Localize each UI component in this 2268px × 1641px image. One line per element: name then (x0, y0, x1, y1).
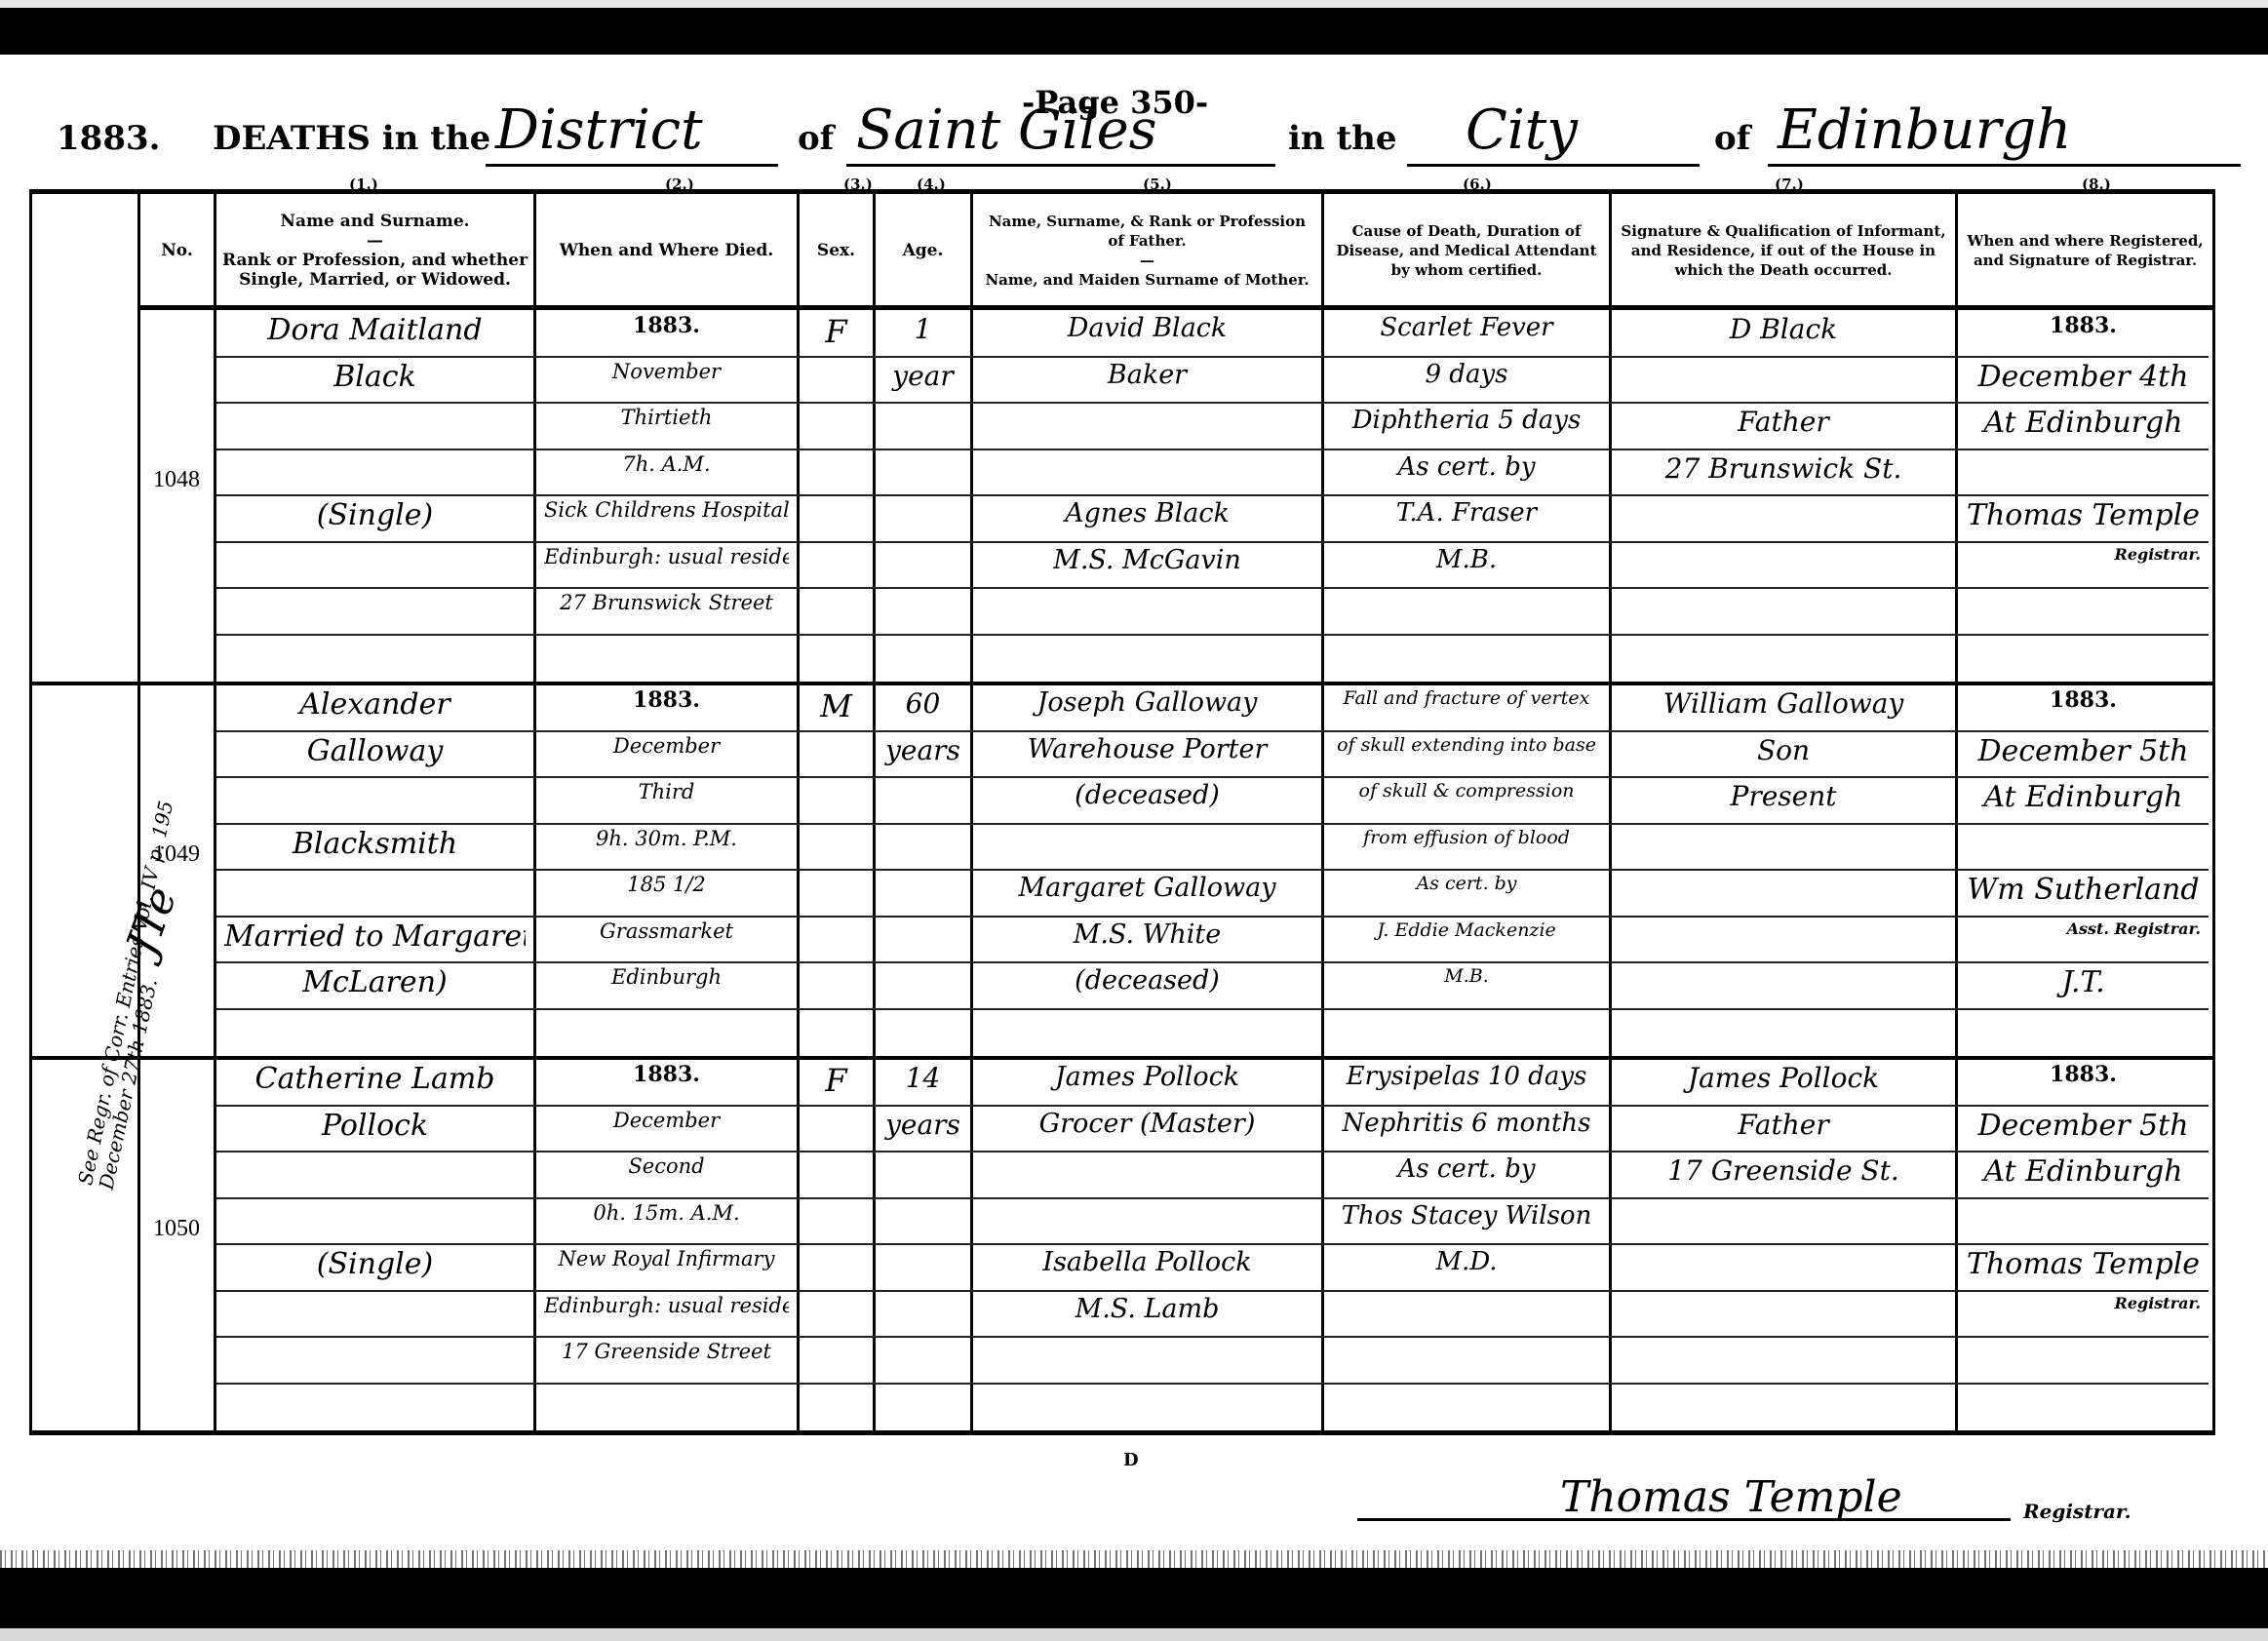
informant: Father (1620, 406, 1947, 438)
title-of-label-2: of (1714, 119, 1750, 158)
registration-details: At Edinburgh (1966, 1154, 2201, 1189)
scan-top-border (0, 8, 2268, 55)
header-name: Name and Surname.—Rank or Profession, an… (216, 194, 533, 307)
registration-details: 1883. (1966, 687, 2201, 713)
registration-details: Registrar. (1966, 545, 2201, 564)
registration-details: December 5th (1966, 734, 2201, 768)
row-rule (216, 1008, 2209, 1010)
header-registered: When and where Registered,and Signature … (1958, 194, 2212, 307)
when-where-died: Edinburgh (544, 965, 789, 989)
row-rule (216, 402, 2209, 404)
age: 14 (883, 1062, 962, 1094)
cause-of-death: As cert. by (1332, 1154, 1601, 1184)
title-deaths-label: DEATHS in the (213, 119, 490, 158)
row-rule (216, 1151, 2209, 1153)
when-where-died: Grassmarket (544, 919, 789, 943)
row-rule (216, 823, 2209, 825)
when-where-died: Second (544, 1154, 789, 1178)
registration-details: J.T. (1966, 965, 2201, 999)
row-rule (216, 730, 2209, 732)
title-in-the-label: in the (1288, 119, 1397, 158)
cause-of-death: Thos Stacey Wilson (1332, 1201, 1601, 1231)
when-where-died: 1883. (544, 1062, 789, 1087)
district-word-field: District (486, 109, 778, 167)
father-details: James Pollock (981, 1062, 1313, 1092)
row-rule (216, 1105, 2209, 1107)
row-rule (216, 494, 2209, 496)
mother-details: Margaret Galloway (981, 873, 1313, 903)
deceased-name: Catherine Lamb (224, 1062, 526, 1096)
when-where-died: November (544, 360, 789, 383)
cause-of-death: As cert. by (1332, 452, 1601, 482)
cause-of-death: M.D. (1332, 1247, 1601, 1276)
header-parents: Name, Surname, & Rank or Professionof Fa… (973, 194, 1321, 307)
row-rule (216, 1336, 2209, 1338)
deceased-name: Married to Margaret (224, 919, 526, 954)
informant: Father (1620, 1109, 1947, 1141)
when-where-died: 9h. 30m. P.M. (544, 827, 789, 850)
entry-number: 1048 (153, 467, 200, 493)
deceased-name: Black (224, 360, 526, 394)
registration-details: Asst. Registrar. (1966, 919, 2201, 938)
father-details: Warehouse Porter (981, 734, 1313, 764)
register-year: 1883. (57, 119, 160, 158)
registration-details: December 5th (1966, 1109, 2201, 1143)
informant: William Galloway (1620, 687, 1947, 720)
registration-details: Wm Sutherland (1966, 873, 2201, 907)
row-rule (216, 1290, 2209, 1292)
table-row: 1048Dora MaitlandBlack(Single)1883.Novem… (32, 309, 2212, 684)
cause-of-death: of skull extending into base (1332, 734, 1601, 756)
registrar-signature: Thomas Temple (1560, 1472, 1902, 1522)
father-details: Grocer (Master) (981, 1109, 1313, 1139)
scan-top-margin (0, 0, 2268, 8)
row-rule (216, 1197, 2209, 1199)
row-rule (216, 356, 2209, 358)
when-where-died: 1883. (544, 687, 789, 713)
death-register-table: No. Name and Surname.—Rank or Profession… (29, 189, 2215, 1435)
table-row: 1050Catherine LambPollock(Single)1883.De… (32, 1058, 2212, 1432)
informant: D Black (1620, 313, 1947, 345)
sex: M (800, 687, 873, 724)
place-field: Edinburgh (1768, 109, 2241, 167)
cause-of-death: Nephritis 6 months (1332, 1109, 1601, 1138)
register-title: 1883. DEATHS in the District of Saint Gi… (57, 109, 2241, 168)
deceased-name: Galloway (224, 734, 526, 768)
age: 1 (883, 313, 962, 345)
when-where-died: 7h. A.M. (544, 452, 789, 476)
burgh-type-field: City (1407, 109, 1700, 167)
registration-details: 1883. (1966, 313, 2201, 338)
deceased-name: Pollock (224, 1109, 526, 1143)
when-where-died: Edinburgh: usual residence (544, 545, 789, 568)
title-of-label: of (798, 119, 834, 158)
row-rule (216, 587, 2209, 589)
cause-of-death: As cert. by (1332, 873, 1601, 894)
scan-bottom-margin (0, 1628, 2268, 1641)
cause-of-death: Scarlet Fever (1332, 313, 1601, 342)
registration-details: Registrar. (1966, 1294, 2201, 1312)
father-details: (deceased) (981, 780, 1313, 810)
row-rule (216, 1383, 2209, 1385)
header-informant: Signature & Qualification of Informant,a… (1612, 194, 1955, 307)
informant: Present (1620, 780, 1947, 812)
row-rule (216, 869, 2209, 871)
mother-details: Agnes Black (981, 498, 1313, 528)
scan-bottom-border (0, 1568, 2268, 1628)
header-when-where: When and Where Died. (536, 194, 797, 307)
deceased-name: Alexander (224, 687, 526, 722)
when-where-died: 0h. 15m. A.M. (544, 1201, 789, 1225)
registration-details: Thomas Temple (1966, 1247, 2201, 1281)
header-sex: Sex. (800, 194, 873, 307)
row-rule (216, 634, 2209, 636)
page-letter: D (1123, 1450, 1139, 1470)
father-details: Joseph Galloway (981, 687, 1313, 718)
district-name-field: Saint Giles (846, 109, 1275, 167)
entry-number: 1050 (153, 1216, 200, 1242)
header-cause: Cause of Death, Duration ofDisease, and … (1324, 194, 1609, 307)
deceased-name: (Single) (224, 498, 526, 532)
when-where-died: 27 Brunswick Street (544, 591, 789, 614)
cause-of-death: M.B. (1332, 965, 1601, 987)
informant: Son (1620, 734, 1947, 766)
row-rule (216, 916, 2209, 918)
deceased-name: (Single) (224, 1247, 526, 1281)
age: 60 (883, 687, 962, 720)
row-rule (216, 961, 2209, 963)
informant: James Pollock (1620, 1062, 1947, 1094)
when-where-died: 185 1/2 (544, 873, 789, 896)
row-rule (216, 449, 2209, 450)
age: years (883, 734, 962, 766)
deceased-name: McLaren) (224, 965, 526, 999)
registration-details: 1883. (1966, 1062, 2201, 1087)
informant: 27 Brunswick St. (1620, 452, 1947, 485)
when-where-died: 17 Greenside Street (544, 1340, 789, 1363)
table-row: 1049AlexanderGallowayBlacksmithMarried t… (32, 684, 2212, 1058)
when-where-died: Third (544, 780, 789, 803)
mother-details: Isabella Pollock (981, 1247, 1313, 1277)
registration-details: Thomas Temple (1966, 498, 2201, 532)
cause-of-death: M.B. (1332, 545, 1601, 574)
deceased-name: Dora Maitland (224, 313, 526, 347)
header-age: Age. (876, 194, 970, 307)
cause-of-death: J. Eddie Mackenzie (1332, 919, 1601, 941)
cause-of-death: 9 days (1332, 360, 1601, 389)
registration-details: At Edinburgh (1966, 406, 2201, 440)
row-rule (216, 1243, 2209, 1245)
mother-details: M.S. McGavin (981, 545, 1313, 575)
cause-of-death: from effusion of blood (1332, 827, 1601, 848)
mother-details: M.S. White (981, 919, 1313, 950)
when-where-died: Thirtieth (544, 406, 789, 429)
when-where-died: New Royal Infirmary (544, 1247, 789, 1270)
age: years (883, 1109, 962, 1141)
informant: 17 Greenside St. (1620, 1154, 1947, 1187)
cause-of-death: Erysipelas 10 days (1332, 1062, 1601, 1091)
father-details: David Black (981, 313, 1313, 343)
father-details: Baker (981, 360, 1313, 390)
registration-details: December 4th (1966, 360, 2201, 394)
cause-of-death: Fall and fracture of vertex (1332, 687, 1601, 709)
when-where-died: 1883. (544, 313, 789, 338)
when-where-died: Edinburgh: usual residence (544, 1294, 789, 1317)
registrar-label: Registrar. (2023, 1500, 2131, 1523)
when-where-died: December (544, 1109, 789, 1132)
sex: F (800, 313, 873, 350)
cause-of-death: Diphtheria 5 days (1332, 406, 1601, 435)
header-no: No. (140, 194, 214, 307)
mother-details: (deceased) (981, 965, 1313, 996)
cause-of-death: T.A. Fraser (1332, 498, 1601, 527)
age: year (883, 360, 962, 392)
row-rule (216, 541, 2209, 543)
when-where-died: Sick Childrens Hospital (544, 498, 789, 522)
cause-of-death: of skull & compression (1332, 780, 1601, 801)
when-where-died: December (544, 734, 789, 758)
mother-details: M.S. Lamb (981, 1294, 1313, 1324)
row-rule (216, 776, 2209, 778)
registration-details: At Edinburgh (1966, 780, 2201, 814)
deceased-name: Blacksmith (224, 827, 526, 861)
sex: F (800, 1062, 873, 1099)
